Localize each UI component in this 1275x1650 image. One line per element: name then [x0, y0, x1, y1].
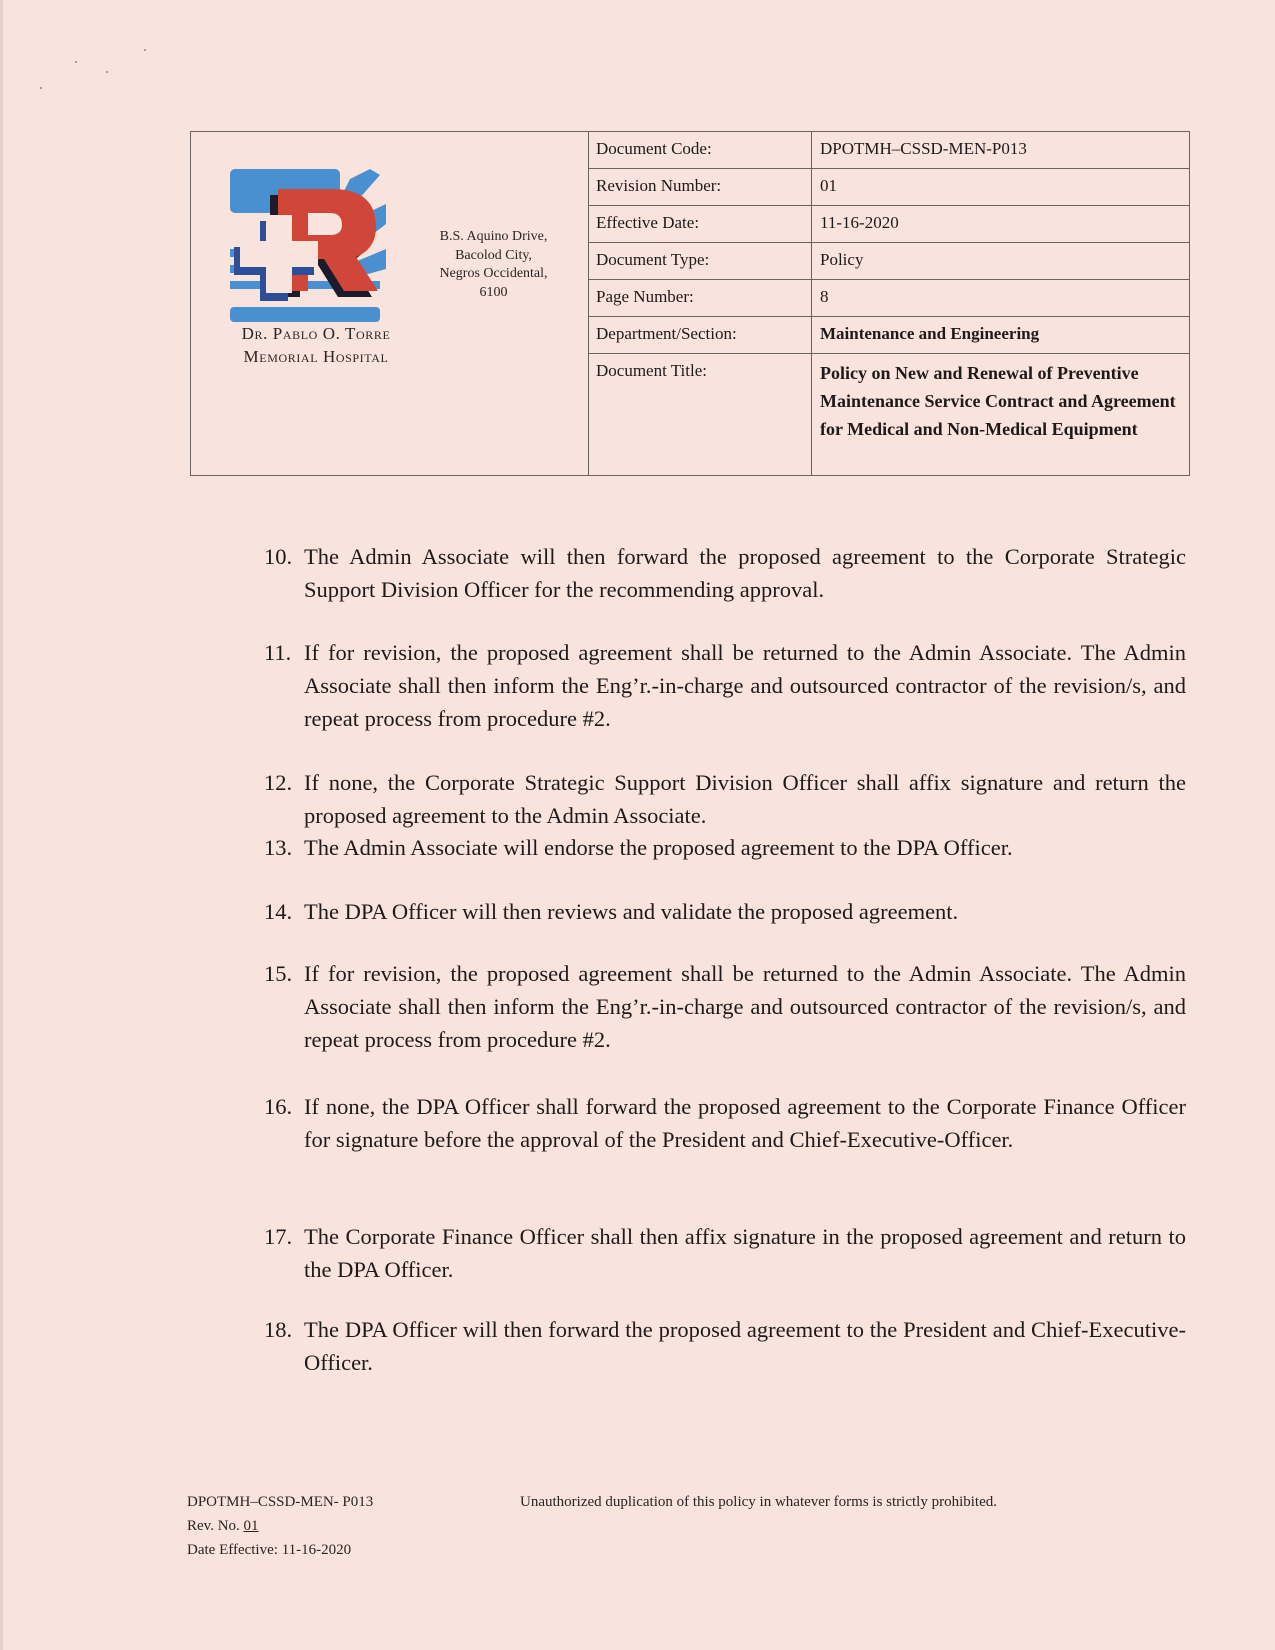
document-header-table: Dr. Pablo O. Torre Memorial Hospital B.S… [190, 131, 1190, 476]
meta-value: 11-16-2020 [812, 206, 1190, 242]
procedure-item: 16. If none, the DPA Officer shall forwa… [264, 1090, 1186, 1156]
document-title: Policy on New and Renewal of Preventive … [812, 354, 1190, 475]
footer-date-value: 11-16-2020 [282, 1542, 351, 1558]
procedure-item: 15. If for revision, the proposed agreem… [264, 957, 1186, 1056]
document-metadata: Document Code: DPOTMH–CSSD-MEN-P013 Revi… [588, 132, 1190, 475]
meta-row-document-code: Document Code: DPOTMH–CSSD-MEN-P013 [588, 132, 1190, 169]
procedure-item: 17. The Corporate Finance Officer shall … [264, 1220, 1186, 1286]
hospital-address: B.S. Aquino Drive, Bacolod City, Negros … [416, 228, 571, 302]
procedure-number: 14. [264, 895, 304, 928]
hospital-name-line1: Dr. Pablo O. Torre [191, 322, 441, 345]
footer-document-info: DPOTMH–CSSD-MEN- P013 Rev. No. 01 Date E… [187, 1490, 373, 1562]
scan-speck [144, 49, 146, 51]
footer-rev-value: 01 [244, 1518, 259, 1534]
procedure-number: 18. [264, 1313, 304, 1346]
meta-value: DPOTMH–CSSD-MEN-P013 [812, 132, 1190, 168]
hospital-name: Dr. Pablo O. Torre Memorial Hospital [191, 322, 441, 368]
procedure-number: 11. [264, 636, 304, 669]
procedure-text: If for revision, the proposed agreement … [304, 957, 1186, 1056]
meta-label: Revision Number: [588, 169, 812, 205]
address-city: Bacolod City, [416, 247, 571, 266]
procedure-item: 18. The DPA Officer will then forward th… [264, 1313, 1186, 1379]
meta-value: Maintenance and Engineering [812, 317, 1190, 353]
meta-label: Department/Section: [588, 317, 812, 353]
meta-row-page-number: Page Number: 8 [588, 280, 1190, 317]
procedure-item: 13. The Admin Associate will endorse the… [264, 831, 1186, 864]
procedure-text: The Corporate Finance Officer shall then… [304, 1220, 1186, 1286]
hospital-name-line2: Memorial Hospital [191, 345, 441, 368]
procedure-number: 10. [264, 540, 304, 573]
meta-row-document-type: Document Type: Policy [588, 243, 1190, 280]
footer-revision: Rev. No. 01 [187, 1514, 373, 1538]
meta-label: Document Type: [588, 243, 812, 279]
meta-label: Document Title: [588, 354, 812, 475]
address-province: Negros Occidental, [416, 265, 571, 284]
meta-row-effective-date: Effective Date: 11-16-2020 [588, 206, 1190, 243]
scan-speck [75, 61, 77, 63]
procedure-number: 12. [264, 766, 304, 799]
meta-row-revision-number: Revision Number: 01 [588, 169, 1190, 206]
footer-disclaimer: Unauthorized duplication of this policy … [520, 1490, 997, 1514]
procedure-number: 16. [264, 1090, 304, 1123]
meta-value: 01 [812, 169, 1190, 205]
meta-label: Page Number: [588, 280, 812, 316]
procedure-item: 11. If for revision, the proposed agreem… [264, 636, 1186, 735]
procedure-text: The Admin Associate will then forward th… [304, 540, 1186, 606]
address-street: B.S. Aquino Drive, [416, 228, 571, 247]
footer-doc-code: DPOTMH–CSSD-MEN- P013 [187, 1490, 373, 1514]
meta-row-department: Department/Section: Maintenance and Engi… [588, 317, 1190, 354]
hospital-logo-icon [230, 169, 386, 322]
footer-date: Date Effective: 11-16-2020 [187, 1538, 373, 1562]
procedure-number: 13. [264, 831, 304, 864]
scan-edge [0, 0, 3, 1650]
procedure-number: 15. [264, 957, 304, 990]
meta-value: 8 [812, 280, 1190, 316]
hospital-identity-cell: Dr. Pablo O. Torre Memorial Hospital B.S… [191, 132, 589, 475]
procedure-text: If none, the DPA Officer shall forward t… [304, 1090, 1186, 1156]
footer-date-label: Date Effective: [187, 1542, 282, 1558]
address-zip: 6100 [416, 284, 571, 303]
meta-row-document-title: Document Title: Policy on New and Renewa… [588, 354, 1190, 475]
procedure-item: 12. If none, the Corporate Strategic Sup… [264, 766, 1186, 832]
scan-speck [40, 87, 42, 89]
procedure-item: 10. The Admin Associate will then forwar… [264, 540, 1186, 606]
procedure-text: If none, the Corporate Strategic Support… [304, 766, 1186, 832]
meta-label: Document Code: [588, 132, 812, 168]
meta-label: Effective Date: [588, 206, 812, 242]
procedure-text: If for revision, the proposed agreement … [304, 636, 1186, 735]
procedure-number: 17. [264, 1220, 304, 1253]
scan-speck [106, 71, 108, 73]
procedure-text: The DPA Officer will then reviews and va… [304, 895, 1186, 928]
footer-rev-label: Rev. No. [187, 1518, 244, 1534]
procedure-text: The Admin Associate will endorse the pro… [304, 831, 1186, 864]
procedure-item: 14. The DPA Officer will then reviews an… [264, 895, 1186, 928]
procedure-text: The DPA Officer will then forward the pr… [304, 1313, 1186, 1379]
meta-value: Policy [812, 243, 1190, 279]
